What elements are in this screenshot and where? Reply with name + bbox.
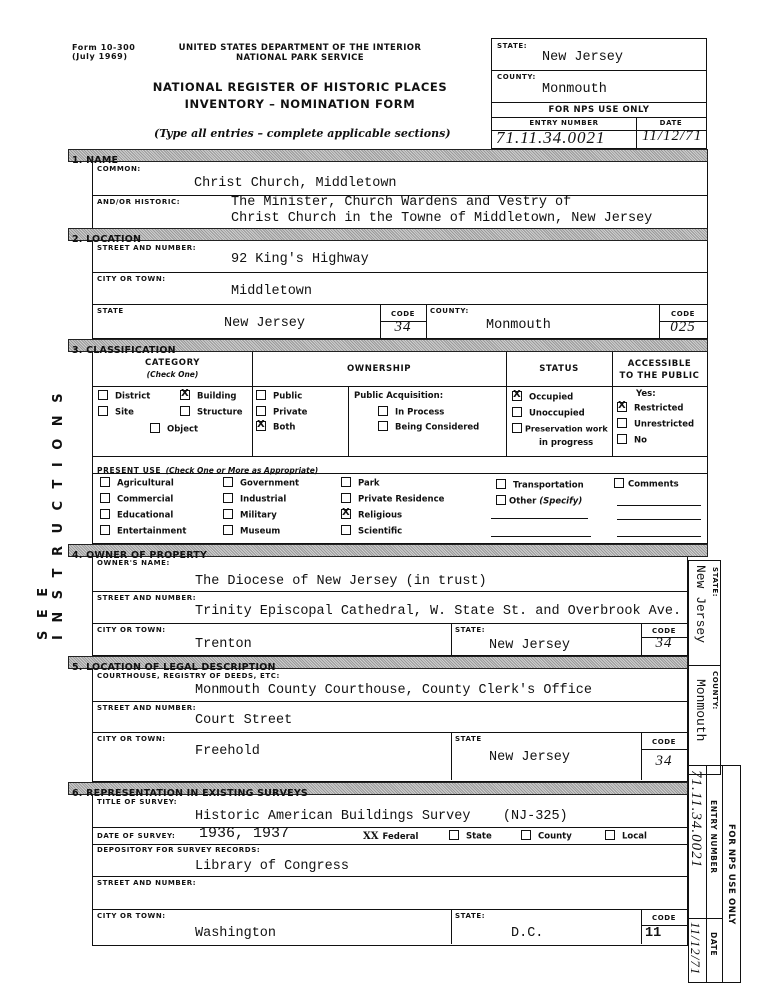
checkbox-icon[interactable] (449, 830, 459, 840)
checkbox-icon[interactable] (223, 477, 233, 487)
use-other[interactable]: Other (Specify) (496, 496, 582, 507)
option-label: Other (509, 497, 536, 507)
survey-level-county[interactable]: County (521, 831, 572, 842)
margin-county-label: COUNTY: (711, 671, 719, 710)
use-agricultural[interactable]: Agricultural (100, 478, 174, 489)
entry-date-value: 11/12/71 (642, 128, 702, 145)
use-museum[interactable]: Museum (223, 526, 280, 537)
street-value: 92 King's Highway (231, 252, 369, 267)
public-acquisition-label: Public Acquisition: (354, 391, 443, 401)
form-number: Form 10-300 (July 1969) (72, 43, 135, 61)
checkbox-checked-icon[interactable] (617, 402, 627, 412)
checkbox-icon[interactable] (512, 407, 522, 417)
location-section: STREET AND NUMBER: 92 King's Highway CIT… (92, 241, 708, 339)
checkbox-icon[interactable] (605, 830, 615, 840)
option-label: Unoccupied (529, 409, 585, 419)
checkbox-icon[interactable] (223, 525, 233, 535)
comments-line-2[interactable] (617, 519, 701, 520)
form-number-text: Form 10-300 (72, 43, 135, 52)
checkbox-icon[interactable] (496, 495, 506, 505)
courthouse-value: Monmouth County Courthouse, County Clerk… (195, 683, 592, 698)
checkbox-icon[interactable] (496, 479, 506, 489)
category-site[interactable]: Site (98, 407, 134, 418)
use-comments[interactable]: Comments (614, 479, 679, 490)
margin-entry-number-label: ENTRY NUMBER (709, 800, 718, 874)
option-label: Entertainment (117, 527, 186, 537)
state-value: New Jersey (224, 316, 305, 331)
use-park[interactable]: Park (341, 478, 380, 489)
margin-date-value: 11/12/71 (687, 922, 703, 975)
owner-city-label: CITY OR TOWN: (97, 626, 166, 634)
category-building[interactable]: Building (180, 391, 237, 402)
survey-level-state[interactable]: State (449, 831, 492, 842)
option-label: Structure (197, 408, 243, 418)
comments-line-1[interactable] (617, 505, 701, 506)
margin-state-label: STATE: (711, 567, 719, 597)
option-label: State (466, 832, 492, 842)
option-label: Preservation work (525, 425, 608, 434)
checkbox-icon[interactable] (100, 525, 110, 535)
margin-date-label: DATE (709, 932, 718, 956)
option-label: In Process (395, 408, 444, 418)
option-label: Federal (383, 832, 419, 842)
checkbox-icon[interactable] (223, 509, 233, 519)
depository-state-label: STATE: (455, 912, 485, 920)
nps-use-label: FOR NPS USE ONLY (492, 105, 706, 115)
use-private-residence[interactable]: Private Residence (341, 494, 444, 505)
option-label: Military (240, 511, 277, 521)
department-heading: UNITED STATES DEPARTMENT OF THE INTERIOR… (150, 43, 450, 63)
option-label: Comments (628, 480, 679, 490)
checkbox-icon[interactable] (256, 406, 266, 416)
accessible-unrestricted[interactable]: Unrestricted (617, 419, 694, 430)
owner-code-label: CODE (641, 627, 687, 635)
option-label: Museum (240, 527, 280, 537)
checkbox-icon[interactable] (341, 493, 351, 503)
checkbox-icon[interactable] (256, 390, 266, 400)
acquisition-being-considered[interactable]: Being Considered (378, 422, 479, 433)
option-label: Educational (117, 511, 173, 521)
depository-value: Library of Congress (195, 859, 349, 874)
option-label: No (634, 436, 647, 446)
owner-name-label: OWNER'S NAME: (97, 559, 170, 567)
option-label: County (538, 832, 572, 842)
ownership-public[interactable]: Public (256, 391, 302, 402)
owner-state-label: STATE: (455, 626, 485, 634)
checkbox-icon[interactable] (614, 478, 624, 488)
section-5-header: 5. LOCATION OF LEGAL DESCRIPTION (68, 656, 688, 669)
street-label: STREET AND NUMBER: (97, 244, 196, 252)
use-transportation[interactable]: Transportation (496, 480, 584, 491)
survey-title-label: TITLE OF SURVEY: (97, 798, 177, 806)
checkbox-checked-icon[interactable] (341, 509, 351, 519)
classification-section: CATEGORY (Check One) OWNERSHIP STATUS AC… (92, 352, 708, 544)
option-label: Restricted (634, 404, 684, 414)
owner-state-value: New Jersey (489, 638, 570, 653)
option-label: Public (273, 392, 302, 402)
option-label: Unrestricted (634, 420, 694, 430)
category-object[interactable]: Object (150, 424, 198, 435)
checkbox-icon[interactable] (223, 493, 233, 503)
section-3-header: 3. CLASSIFICATION (68, 339, 708, 352)
entry-number-value: 71.11.34.0021 (496, 128, 606, 148)
title-line-1: NATIONAL REGISTER OF HISTORIC PLACES (130, 79, 470, 96)
accessible-yes-label: Yes: (636, 389, 656, 399)
city-label: CITY OR TOWN: (97, 275, 166, 283)
status-in-progress-text: in progress (539, 438, 593, 448)
legal-description-section: COURTHOUSE, REGISTRY OF DEEDS, ETC: Monm… (92, 669, 688, 782)
margin-county-value: Monmouth (693, 679, 708, 741)
instructions-text: (Type all entries – complete applicable … (154, 127, 451, 140)
county-code-value: 025 (659, 319, 707, 336)
checkbox-checked-icon[interactable]: XX (363, 831, 379, 842)
department-text: UNITED STATES DEPARTMENT OF THE INTERIOR (150, 43, 450, 53)
checkbox-icon[interactable] (341, 525, 351, 535)
survey-date-value: 1936, 1937 (199, 825, 289, 842)
city-value: Middletown (231, 284, 312, 299)
other-specify-line-1[interactable] (491, 518, 588, 519)
ownership-private[interactable]: Private (256, 407, 307, 418)
use-religious[interactable]: Religious (341, 510, 402, 521)
margin-state-value: New Jersey (693, 565, 708, 643)
margin-nps-use-label: FOR NPS USE ONLY (726, 824, 736, 925)
accessible-header-2: TO THE PUBLIC (612, 370, 707, 382)
historic-name-line-2: Christ Church in the Towne of Middletown… (231, 211, 652, 226)
checkbox-icon[interactable] (521, 830, 531, 840)
date-label: DATE (636, 119, 706, 127)
checkbox-icon[interactable] (98, 406, 108, 416)
status-unoccupied[interactable]: Unoccupied (512, 408, 585, 419)
option-label: Occupied (529, 393, 573, 403)
courthouse-label: COURTHOUSE, REGISTRY OF DEEDS, ETC: (97, 672, 280, 680)
depository-city-label: CITY OR TOWN: (97, 912, 166, 920)
state-code-value: 34 (380, 319, 426, 336)
option-label: Park (358, 479, 380, 489)
checkbox-icon[interactable] (100, 493, 110, 503)
option-label: District (115, 392, 150, 402)
checkbox-icon[interactable] (512, 423, 522, 433)
category-district[interactable]: District (98, 391, 150, 402)
acquisition-in-process[interactable]: In Process (378, 407, 444, 418)
depository-code-label: CODE (641, 914, 687, 922)
checkbox-icon[interactable] (150, 423, 160, 433)
county-code-label: CODE (659, 310, 707, 318)
option-label: Object (167, 425, 198, 435)
common-name-value: Christ Church, Middletown (194, 176, 397, 191)
historic-name-label: AND/OR HISTORIC: (97, 198, 180, 206)
margin-entry-number-value: 71.11.34.0021 (687, 770, 704, 868)
checkbox-icon[interactable] (180, 406, 190, 416)
owner-code-value: 34 (641, 635, 687, 652)
option-label: Transportation (513, 481, 584, 491)
legal-code-value: 34 (641, 753, 687, 770)
owner-name-value: The Diocese of New Jersey (in trust) (195, 574, 487, 589)
accessible-no[interactable]: No (617, 435, 647, 446)
checkbox-icon[interactable] (378, 421, 388, 431)
depository-street-label: STREET AND NUMBER: (97, 879, 196, 887)
use-military[interactable]: Military (223, 510, 277, 521)
category-header: CATEGORY (93, 358, 252, 368)
nps-state-label: STATE: (497, 42, 527, 50)
legal-street-label: STREET AND NUMBER: (97, 704, 196, 712)
page-title: NATIONAL REGISTER OF HISTORIC PLACES INV… (130, 79, 470, 113)
legal-street-value: Court Street (195, 713, 292, 728)
option-label: Being Considered (395, 423, 479, 433)
state-label: STATE (97, 307, 124, 315)
checkbox-checked-icon[interactable] (256, 421, 266, 431)
county-label: COUNTY: (430, 307, 469, 315)
other-specify-line-2[interactable] (491, 536, 591, 537)
option-label: Commercial (117, 495, 173, 505)
checkbox-icon[interactable] (617, 418, 627, 428)
use-educational[interactable]: Educational (100, 510, 173, 521)
depository-city-value: Washington (195, 926, 276, 941)
checkbox-checked-icon[interactable] (180, 390, 190, 400)
checkbox-icon[interactable] (341, 477, 351, 487)
checkbox-icon[interactable] (378, 406, 388, 416)
see-instructions-text: SEE INSTRUCTIONS (36, 360, 58, 640)
depository-label: DEPOSITORY FOR SURVEY RECORDS: (97, 846, 260, 854)
use-commercial[interactable]: Commercial (100, 494, 173, 505)
option-label: Both (273, 423, 295, 433)
option-label: Industrial (240, 495, 286, 505)
survey-level-local[interactable]: Local (605, 831, 647, 842)
nps-county-value: Monmouth (542, 82, 607, 97)
use-scientific[interactable]: Scientific (341, 526, 402, 537)
checkbox-icon[interactable] (100, 509, 110, 519)
survey-level-federal[interactable]: XXFederal (363, 831, 418, 842)
title-line-2: INVENTORY – NOMINATION FORM (130, 96, 470, 113)
legal-state-value: New Jersey (489, 750, 570, 765)
survey-title-value: Historic American Buildings Survey (NJ-3… (195, 809, 568, 824)
state-code-label: CODE (380, 310, 426, 318)
county-value: Monmouth (486, 318, 551, 333)
option-label: Private Residence (358, 495, 444, 505)
use-industrial[interactable]: Industrial (223, 494, 286, 505)
entry-number-label: ENTRY NUMBER (492, 119, 636, 127)
owner-city-value: Trenton (195, 637, 252, 652)
section-2-header: 2. LOCATION (68, 228, 708, 241)
legal-state-label: STATE (455, 735, 482, 743)
section-6-header: 6. REPRESENTATION IN EXISTING SURVEYS (68, 782, 688, 795)
other-specify-text: (Specify) (539, 497, 582, 507)
use-government[interactable]: Government (223, 478, 299, 489)
historic-name-line-1: The Minister, Church Wardens and Vestry … (231, 195, 571, 210)
checkbox-icon[interactable] (100, 477, 110, 487)
option-label: Scientific (358, 527, 402, 537)
accessible-header-1: ACCESSIBLE (612, 358, 707, 370)
checkbox-checked-icon[interactable] (512, 391, 522, 401)
nps-state-value: New Jersey (542, 50, 623, 65)
checkbox-icon[interactable] (617, 434, 627, 444)
legal-city-label: CITY OR TOWN: (97, 735, 166, 743)
nps-box: STATE: New Jersey COUNTY: Monmouth FOR N… (491, 38, 707, 149)
owner-street-label: STREET AND NUMBER: (97, 594, 196, 602)
option-label: Religious (358, 511, 402, 521)
use-entertainment[interactable]: Entertainment (100, 526, 186, 537)
service-text: NATIONAL PARK SERVICE (150, 53, 450, 63)
status-occupied[interactable]: Occupied (512, 392, 573, 403)
accessible-restricted[interactable]: Restricted (617, 403, 684, 414)
name-section: COMMON: Christ Church, Middletown AND/OR… (92, 162, 708, 229)
nps-county-label: COUNTY: (497, 73, 536, 81)
owner-section: OWNER'S NAME: The Diocese of New Jersey … (92, 557, 688, 656)
ownership-header: OWNERSHIP (252, 364, 506, 374)
section-1-header: 1. NAME (68, 149, 708, 162)
common-name-label: COMMON: (97, 165, 141, 173)
legal-code-label: CODE (641, 738, 687, 746)
depository-code-value: 11 (645, 926, 661, 941)
comments-line-3[interactable] (617, 536, 701, 537)
status-preservation[interactable]: Preservation work (512, 424, 608, 434)
accessible-header: ACCESSIBLE TO THE PUBLIC (612, 358, 707, 382)
form-date-text: (July 1969) (72, 52, 135, 61)
option-label: Agricultural (117, 479, 174, 489)
category-structure[interactable]: Structure (180, 407, 243, 418)
option-label: Building (197, 392, 237, 402)
depository-state-value: D.C. (511, 926, 543, 941)
option-label: Private (273, 408, 307, 418)
owner-street-value: Trinity Episcopal Cathedral, W. State St… (195, 604, 681, 619)
margin-state-county-box: STATE: New Jersey COUNTY: Monmouth (688, 560, 721, 775)
margin-nps-box: 71.11.34.0021 11/12/71 ENTRY NUMBER DATE… (688, 765, 741, 983)
option-label: Government (240, 479, 299, 489)
legal-city-value: Freehold (195, 744, 260, 759)
category-subheader: (Check One) (93, 370, 252, 379)
survey-date-label: DATE OF SURVEY: (97, 832, 175, 840)
status-header: STATUS (506, 364, 612, 374)
surveys-section: TITLE OF SURVEY: Historic American Build… (92, 795, 688, 946)
section-4-header: 4. OWNER OF PROPERTY (68, 544, 708, 557)
option-label: Local (622, 832, 647, 842)
checkbox-icon[interactable] (98, 390, 108, 400)
option-label: Site (115, 408, 134, 418)
present-use-heading: PRESENT USE (Check One or More as Approp… (97, 460, 318, 478)
ownership-both[interactable]: Both (256, 422, 295, 433)
